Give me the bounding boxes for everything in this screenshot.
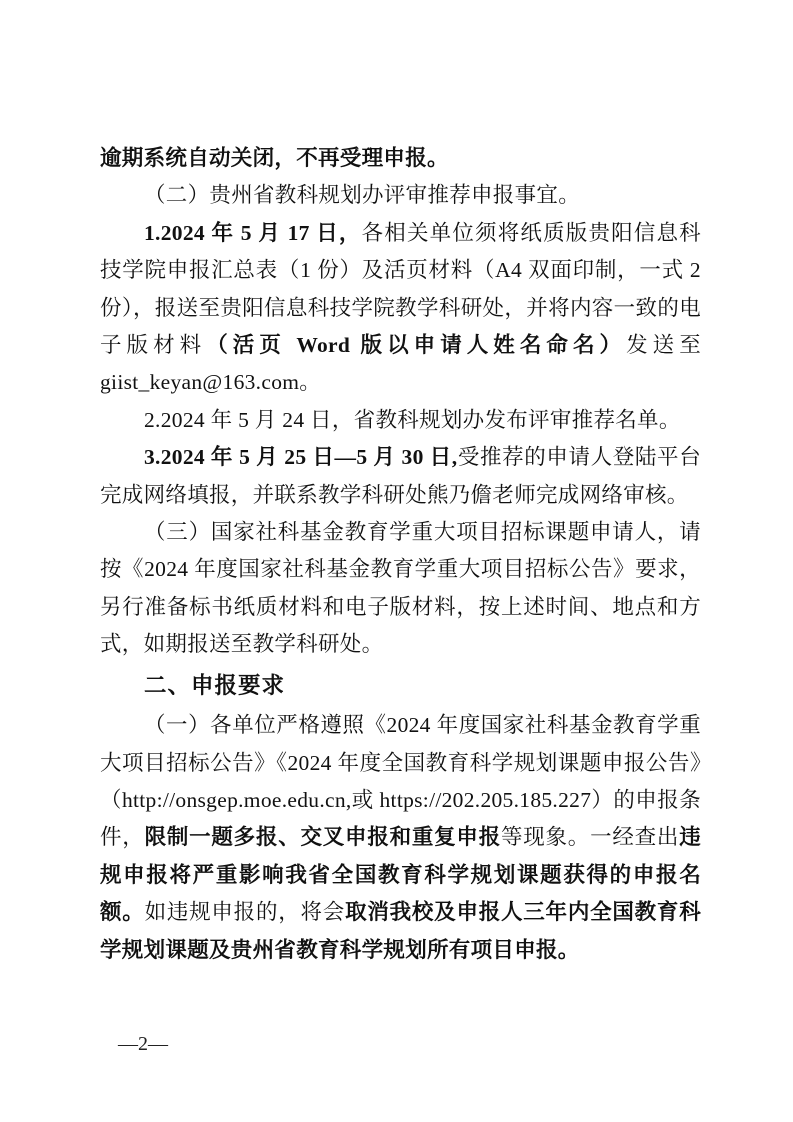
paragraph-4: 2.2024 年 5 月 24 日，省教科规划办发布评审推荐名单。 xyxy=(100,402,701,439)
text-run: 2.2024 年 5 月 24 日，省教科规划办发布评审推荐名单。 xyxy=(144,408,681,432)
paragraph-3: 1.2024 年 5 月 17 日，各相关单位须将纸质版贵阳信息科技学院申报汇总… xyxy=(100,215,701,402)
page-number: —2— xyxy=(118,1033,168,1056)
text-run: 逾期系统自动关闭，不再受理申报。 xyxy=(100,146,449,170)
text-run: 等现象。一经查出 xyxy=(501,825,679,849)
text-run: 如违规申报的，将会 xyxy=(145,900,346,924)
paragraph-5: 3.2024 年 5 月 25 日—5 月 30 日,受推荐的申请人登陆平台完成… xyxy=(100,439,701,514)
text-run: 限制一题多报、交叉申报和重复申报 xyxy=(145,825,501,849)
document-page: 逾期系统自动关闭，不再受理申报。（二）贵州省教科规划办评审推荐申报事宜。1.20… xyxy=(100,140,701,969)
text-run: （二）贵州省教科规划办评审推荐申报事宜。 xyxy=(144,183,580,207)
text-run: 二、申报要求 xyxy=(144,673,285,698)
text-run: （三）国家社科基金教育学重大项目招标课题申请人，请按《2024 年度国家社科基金… xyxy=(100,520,701,656)
text-run: 3.2024 年 5 月 25 日—5 月 30 日, xyxy=(144,445,457,469)
paragraph-6: （三）国家社科基金教育学重大项目招标课题申请人，请按《2024 年度国家社科基金… xyxy=(100,514,701,664)
paragraph-7: 二、申报要求 xyxy=(100,667,701,704)
text-run: 1.2024 年 5 月 17 日， xyxy=(144,221,362,245)
text-run: （活页 Word 版以申请人姓名命名） xyxy=(206,333,626,357)
paragraph-8: （一）各单位严格遵照《2024 年度国家社科基金教育学重大项目招标公告》《202… xyxy=(100,707,701,969)
paragraph-2: （二）贵州省教科规划办评审推荐申报事宜。 xyxy=(100,177,701,214)
document-body: 逾期系统自动关闭，不再受理申报。（二）贵州省教科规划办评审推荐申报事宜。1.20… xyxy=(100,140,701,969)
paragraph-1: 逾期系统自动关闭，不再受理申报。 xyxy=(100,140,701,177)
